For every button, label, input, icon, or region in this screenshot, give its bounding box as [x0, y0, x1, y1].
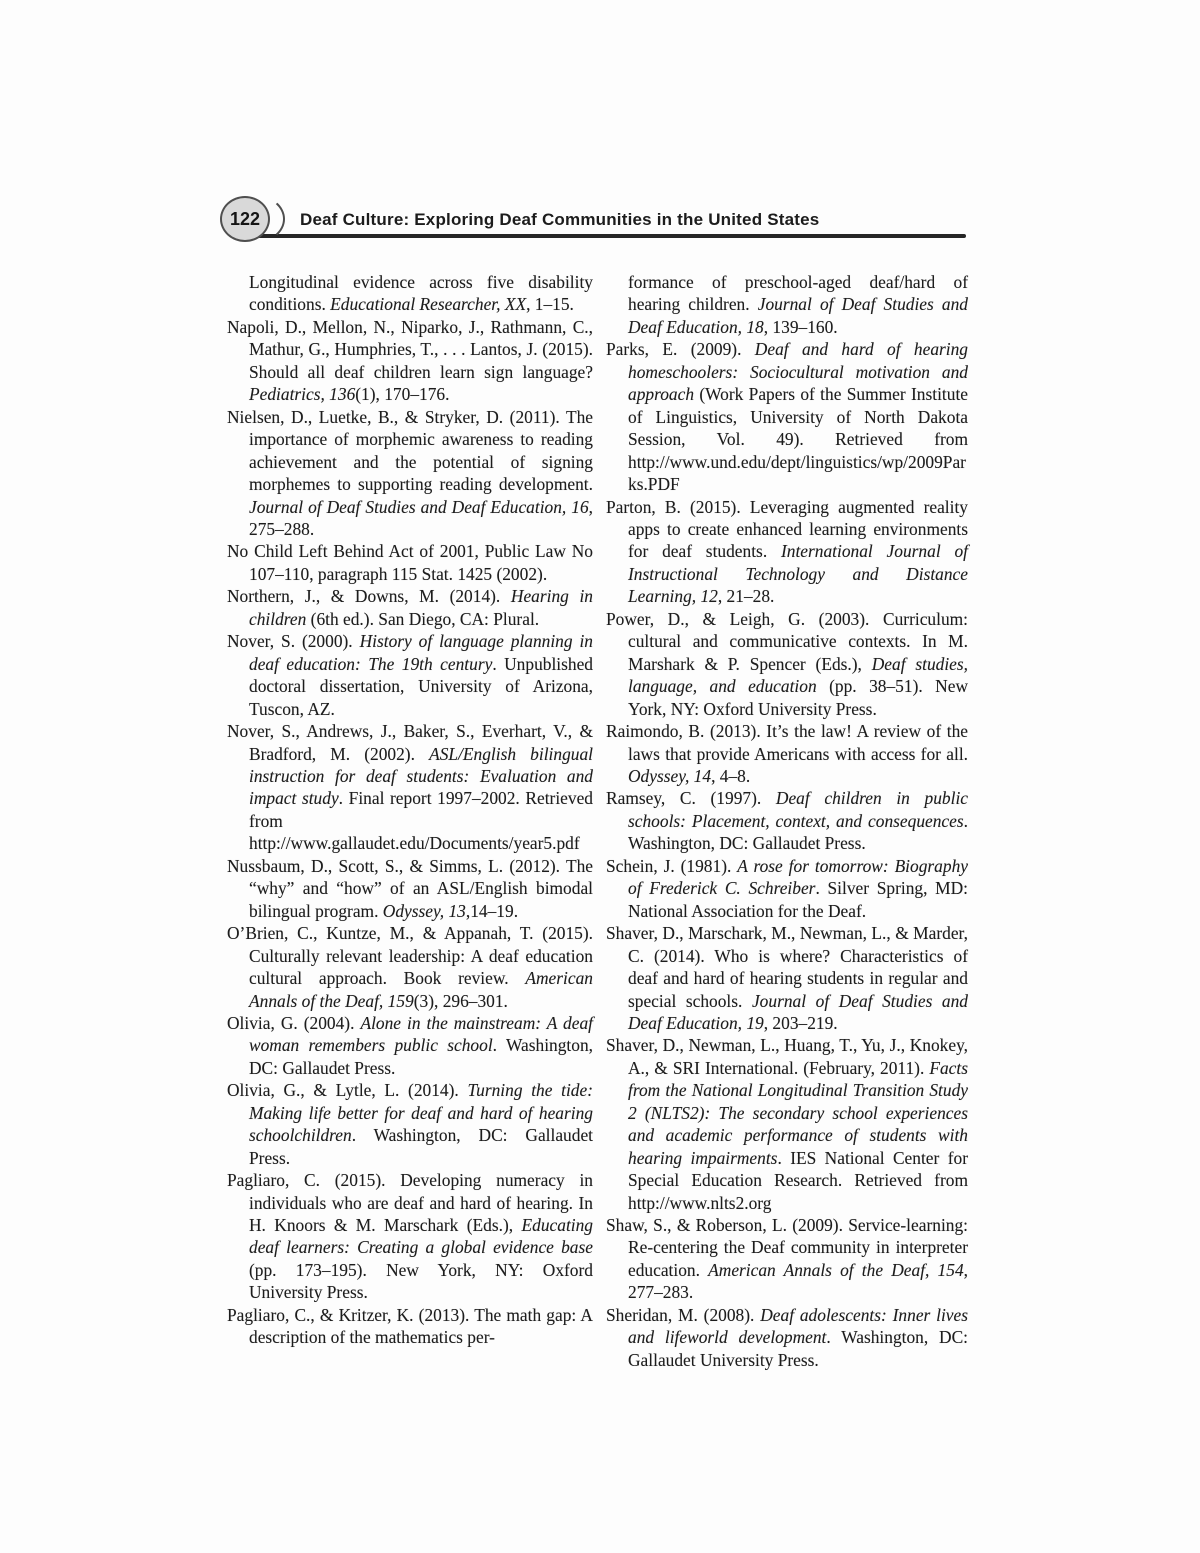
reference-entry: No Child Left Behind Act of 2001, Public… — [227, 540, 593, 585]
reference-entry: Shaver, D., Marschark, M., Newman, L., &… — [606, 922, 968, 1034]
reference-entry: Nover, S. (2000). History of language pl… — [227, 630, 593, 720]
reference-entry: Shaw, S., & Roberson, L. (2009). Service… — [606, 1214, 968, 1304]
page-number: 122 — [230, 209, 260, 230]
reference-entry: Power, D., & Leigh, G. (2003). Curriculu… — [606, 608, 968, 720]
reference-entry: Sheridan, M. (2008). Deaf adolescents: I… — [606, 1304, 968, 1371]
reference-entry: Nielsen, D., Luetke, B., & Stryker, D. (… — [227, 406, 593, 541]
reference-entry: Raimondo, B. (2013). It’s the law! A rev… — [606, 720, 968, 787]
reference-entry: O’Brien, C., Kuntze, M., & Appanah, T. (… — [227, 922, 593, 1012]
reference-entry: Napoli, D., Mellon, N., Niparko, J., Rat… — [227, 316, 593, 406]
reference-entry: Olivia, G. (2004). Alone in the mainstre… — [227, 1012, 593, 1079]
book-page: 122 Deaf Culture: Exploring Deaf Communi… — [0, 0, 1200, 1553]
reference-entry: Pagliaro, C. (2015). Developing numeracy… — [227, 1169, 593, 1304]
page-number-badge: 122 — [220, 196, 270, 242]
reference-entry: Northern, J., & Downs, M. (2014). Hearin… — [227, 585, 593, 630]
reference-entry: Olivia, G., & Lytle, L. (2014). Turning … — [227, 1079, 593, 1169]
reference-entry: formance of preschool-aged deaf/hard of … — [606, 271, 968, 338]
reference-entry: Longitudinal evidence across five disabi… — [227, 271, 593, 316]
reference-entry: Shaver, D., Newman, L., Huang, T., Yu, J… — [606, 1034, 968, 1214]
reference-entry: Nussbaum, D., Scott, S., & Simms, L. (20… — [227, 855, 593, 922]
book-title: Deaf Culture: Exploring Deaf Communities… — [300, 210, 819, 230]
reference-entry: Schein, J. (1981). A rose for tomorrow: … — [606, 855, 968, 922]
reference-entry: Pagliaro, C., & Kritzer, K. (2013). The … — [227, 1304, 593, 1349]
references-column-left: Longitudinal evidence across five disabi… — [227, 271, 593, 1349]
references-column-right: formance of preschool-aged deaf/hard of … — [606, 271, 968, 1371]
reference-entry: Parks, E. (2009). Deaf and hard of heari… — [606, 338, 968, 495]
reference-entry: Ramsey, C. (1997). Deaf children in publ… — [606, 787, 968, 854]
reference-entry: Nover, S., Andrews, J., Baker, S., Everh… — [227, 720, 593, 855]
reference-entry: Parton, B. (2015). Leveraging augmented … — [606, 496, 968, 608]
header-rule — [250, 234, 966, 238]
